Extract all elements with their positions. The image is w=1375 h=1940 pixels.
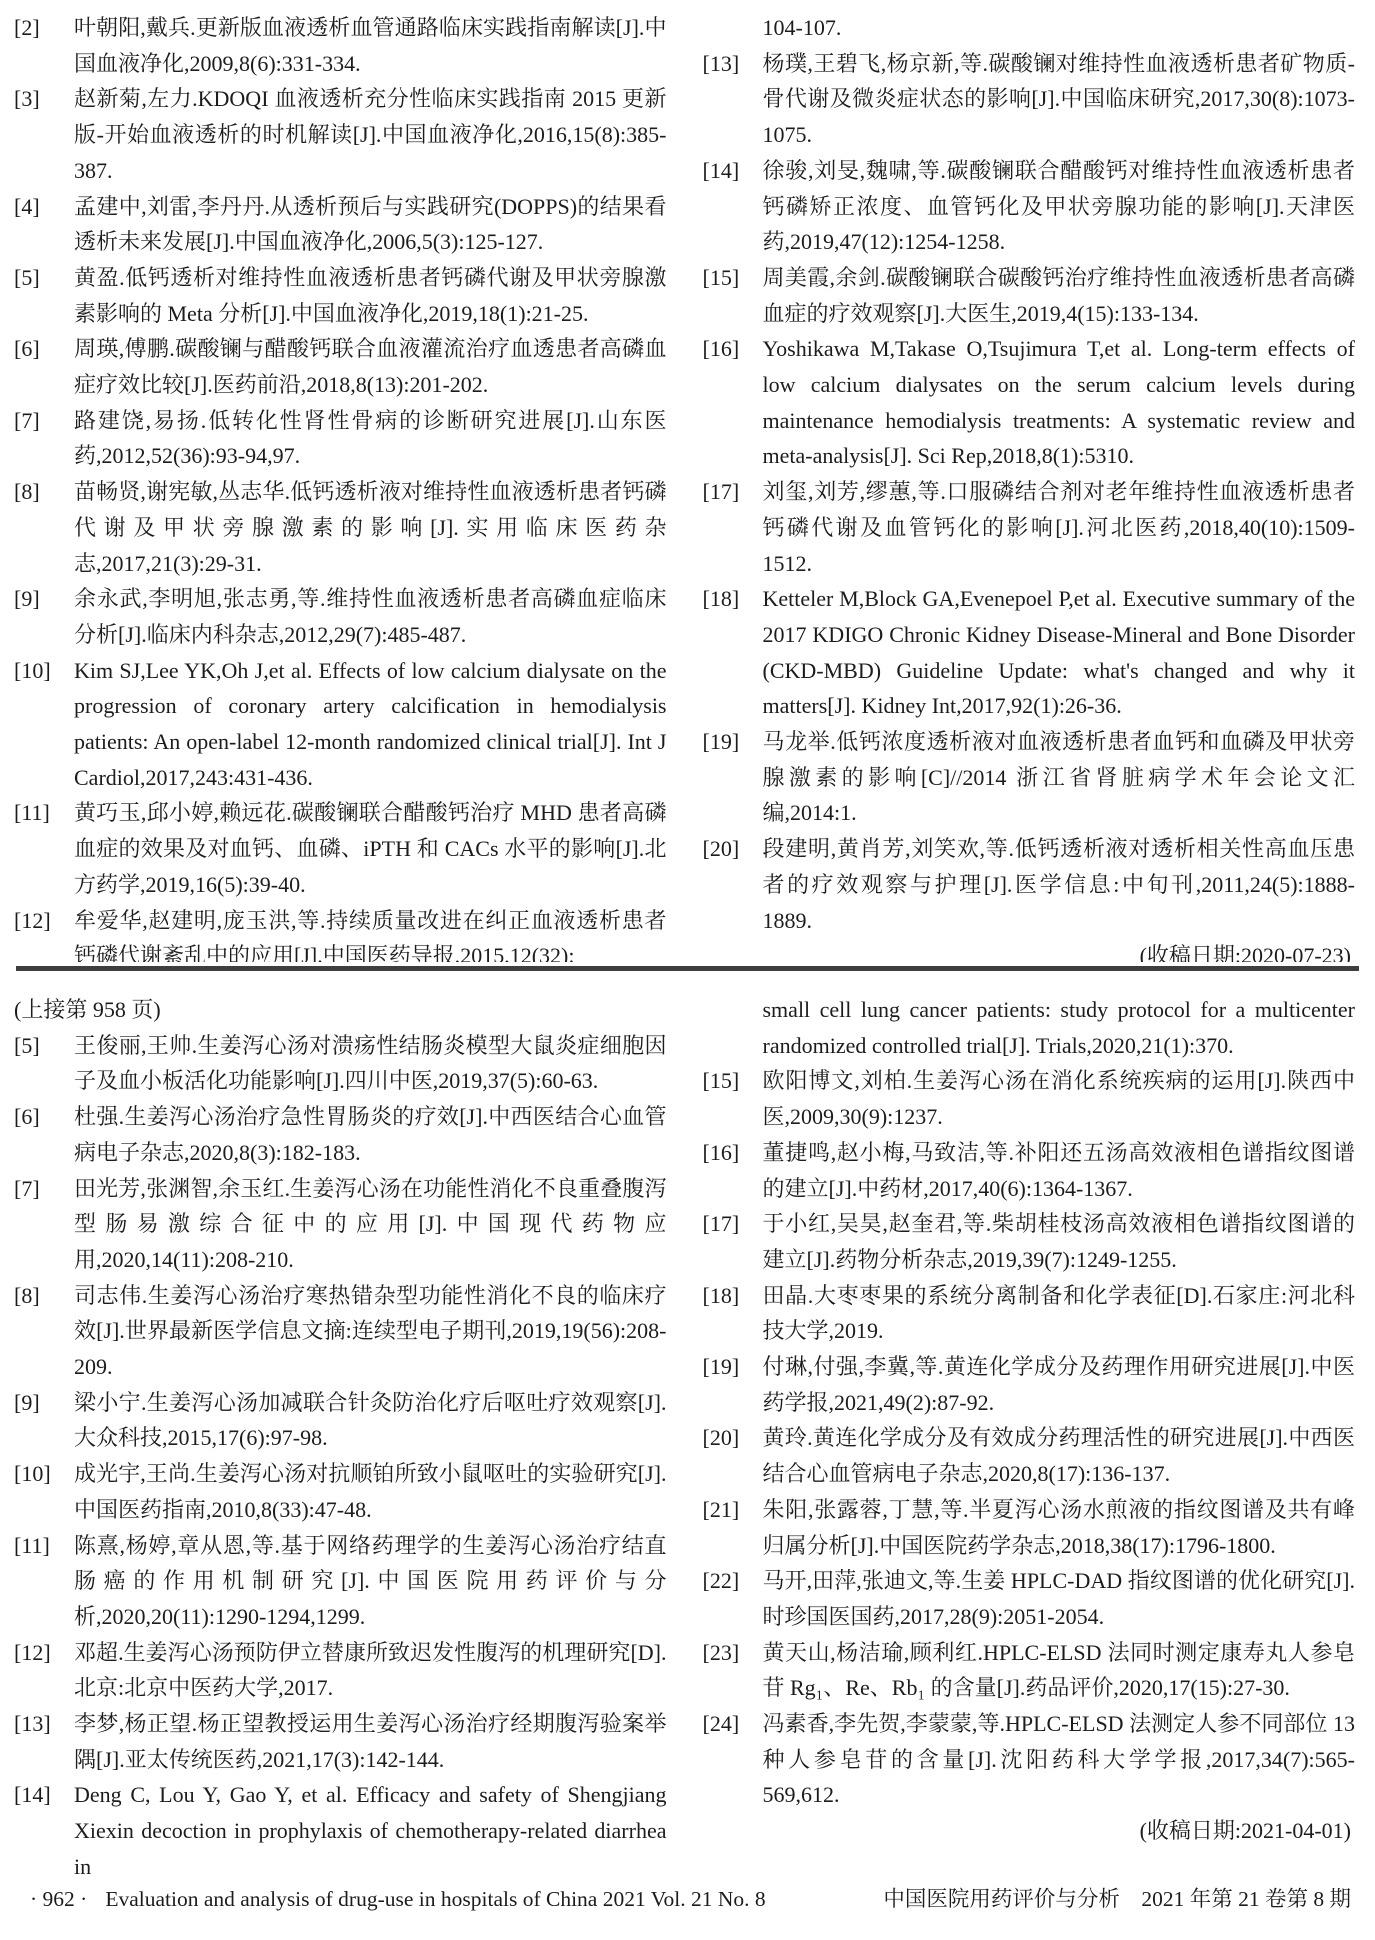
reference-item: [17] 刘玺,刘芳,缪蕙,等.口服磷结合剂对老年维持性血液透析患者钙磷代谢及血… xyxy=(703,474,1356,581)
reference-number: [22] xyxy=(703,1563,763,1634)
reference-number: [3] xyxy=(14,81,74,188)
reference-item: [19] 马龙举.低钙浓度透析液对血液透析患者血钙和血磷及甲状旁腺激素的影响[C… xyxy=(703,724,1356,831)
footer-journal-title-zh: 中国医院用药评价与分析 2021 年第 21 卷第 8 期 xyxy=(883,1884,1351,1914)
reference-text: 路建饶,易扬.低转化性肾性骨病的诊断研究进展[J].山东医药,2012,52(3… xyxy=(74,403,667,474)
reference-text: 牟爱华,赵建明,庞玉洪,等.持续质量改进在纠正血液透析患者钙磷代谢紊乱中的应用[… xyxy=(74,903,667,962)
reference-item: [5] 王俊丽,王帅.生姜泻心汤对溃疡性结肠炎模型大鼠炎症细胞因子及血小板活化功… xyxy=(14,1028,667,1099)
page-footer: · 962 · Evaluation and analysis of drug-… xyxy=(30,1884,1351,1914)
reference-item: [8] 司志伟.生姜泻心汤治疗寒热错杂型功能性消化不良的临床疗效[J].世界最新… xyxy=(14,1278,667,1385)
reference-text: 杨璞,王碧飞,杨京新,等.碳酸镧对维持性血液透析患者矿物质-骨代谢及微炎症状态的… xyxy=(763,46,1356,153)
reference-text: 苗畅贤,谢宪敏,丛志华.低钙透析液对维持性血液透析患者钙磷代谢及甲状旁腺激素的影… xyxy=(74,474,667,581)
bottom-left-column: (上接第 958 页) [5] 王俊丽,王帅.生姜泻心汤对溃疡性结肠炎模型大鼠炎… xyxy=(14,992,667,1878)
reference-list: [15] 欧阳博文,刘柏.生姜泻心汤在消化系统疾病的运用[J].陕西中医,200… xyxy=(703,1063,1356,1813)
top-left-column: [2] 叶朝阳,戴兵.更新版血液透析血管通路临床实践指南解读[J].中国血液净化… xyxy=(14,10,667,962)
reference-item: [10] 成光宇,王尚.生姜泻心汤对抗顺铂所致小鼠呕吐的实验研究[J].中国医药… xyxy=(14,1456,667,1527)
reference-text: 马龙举.低钙浓度透析液对血液透析患者血钙和血磷及甲状旁腺激素的影响[C]//20… xyxy=(763,724,1356,831)
reference-number: [20] xyxy=(703,831,763,938)
reference-text: 黄巧玉,邱小婷,赖远花.碳酸镧联合醋酸钙治疗 MHD 患者高磷血症的效果及对血钙… xyxy=(74,795,667,902)
reference-number: [24] xyxy=(703,1706,763,1813)
reference-item: [8] 苗畅贤,谢宪敏,丛志华.低钙透析液对维持性血液透析患者钙磷代谢及甲状旁腺… xyxy=(14,474,667,581)
reference-number: [5] xyxy=(14,260,74,331)
reference-item: [21] 朱阳,张露蓉,丁慧,等.半夏泻心汤水煎液的指纹图谱及共有峰归属分析[J… xyxy=(703,1492,1356,1563)
reference-text: 黄盈.低钙透析对维持性血液透析患者钙磷代谢及甲状旁腺激素影响的 Meta 分析[… xyxy=(74,260,667,331)
reference-text: 黄玲.黄连化学成分及有效成分药理活性的研究进展[J].中西医结合心血管病电子杂志… xyxy=(763,1420,1356,1491)
reference-item: [9] 梁小宁.生姜泻心汤加减联合针灸防治化疗后呕吐疗效观察[J].大众科技,2… xyxy=(14,1385,667,1456)
reference-item: [6] 杜强.生姜泻心汤治疗急性胃肠炎的疗效[J].中西医结合心血管病电子杂志,… xyxy=(14,1099,667,1170)
reference-item: [11] 黄巧玉,邱小婷,赖远花.碳酸镧联合醋酸钙治疗 MHD 患者高磷血症的效… xyxy=(14,795,667,902)
reference-text: 黄天山,杨洁瑜,顾利红.HPLC-ELSD 法同时测定康寿丸人参皂苷 Rg₁、R… xyxy=(763,1635,1356,1706)
reference-text: 徐骏,刘旻,魏啸,等.碳酸镧联合醋酸钙对维持性血液透析患者钙磷矫正浓度、血管钙化… xyxy=(763,153,1356,260)
reference-list: [2] 叶朝阳,戴兵.更新版血液透析血管通路临床实践指南解读[J].中国血液净化… xyxy=(14,10,667,962)
reference-item: [2] 叶朝阳,戴兵.更新版血液透析血管通路临床实践指南解读[J].中国血液净化… xyxy=(14,10,667,81)
reference-number: [9] xyxy=(14,1385,74,1456)
reference-item: [19] 付琳,付强,李冀,等.黄连化学成分及药理作用研究进展[J].中医药学报… xyxy=(703,1349,1356,1420)
reference-item: [15] 周美霞,余剑.碳酸镧联合碳酸钙治疗维持性血液透析患者高磷血症的疗效观察… xyxy=(703,260,1356,331)
reference-item: [20] 黄玲.黄连化学成分及有效成分药理活性的研究进展[J].中西医结合心血管… xyxy=(703,1420,1356,1491)
reference-number: [19] xyxy=(703,724,763,831)
reference-number: [21] xyxy=(703,1492,763,1563)
bottom-right-column: small cell lung cancer patients: study p… xyxy=(703,992,1356,1878)
reference-number: [10] xyxy=(14,1456,74,1527)
continuation-note: (上接第 958 页) xyxy=(14,992,667,1028)
references-section-top: [2] 叶朝阳,戴兵.更新版血液透析血管通路临床实践指南解读[J].中国血液净化… xyxy=(14,10,1355,962)
reference-text: 陈熹,杨婷,章从恩,等.基于网络药理学的生姜泻心汤治疗结直肠癌的作用机制研究[J… xyxy=(74,1528,667,1635)
footer-journal-title-en: Evaluation and analysis of drug-use in h… xyxy=(105,1884,765,1914)
reference-text: 刘玺,刘芳,缪蕙,等.口服磷结合剂对老年维持性血液透析患者钙磷代谢及血管钙化的影… xyxy=(763,474,1356,581)
reference-text: 马开,田萍,张迪文,等.生姜 HPLC-DAD 指纹图谱的优化研究[J].时珍国… xyxy=(763,1563,1356,1634)
reference-number: [7] xyxy=(14,1171,74,1278)
reference-item: [13] 杨璞,王碧飞,杨京新,等.碳酸镧对维持性血液透析患者矿物质-骨代谢及微… xyxy=(703,46,1356,153)
reference-text: 梁小宁.生姜泻心汤加减联合针灸防治化疗后呕吐疗效观察[J].大众科技,2015,… xyxy=(74,1385,667,1456)
reference-text: 于小红,吴昊,赵奎君,等.柴胡桂枝汤高效液相色谱指纹图谱的建立[J].药物分析杂… xyxy=(763,1206,1356,1277)
reference-text: 叶朝阳,戴兵.更新版血液透析血管通路临床实践指南解读[J].中国血液净化,200… xyxy=(74,10,667,81)
reference-item: [18] 田晶.大枣枣果的系统分离制备和化学表征[D].石家庄:河北科技大学,2… xyxy=(703,1278,1356,1349)
reference-number: [15] xyxy=(703,1063,763,1134)
carryover-text: small cell lung cancer patients: study p… xyxy=(763,992,1356,1063)
reference-item: [15] 欧阳博文,刘柏.生姜泻心汤在消化系统疾病的运用[J].陕西中医,200… xyxy=(703,1063,1356,1134)
reference-item: [24] 冯素香,李先贺,李蒙蒙,等.HPLC-ELSD 法测定人参不同部位 1… xyxy=(703,1706,1356,1813)
reference-text: 司志伟.生姜泻心汤治疗寒热错杂型功能性消化不良的临床疗效[J].世界最新医学信息… xyxy=(74,1278,667,1385)
reference-list: [5] 王俊丽,王帅.生姜泻心汤对溃疡性结肠炎模型大鼠炎症细胞因子及血小板活化功… xyxy=(14,1028,667,1878)
reference-number: [12] xyxy=(14,1635,74,1706)
reference-number: [11] xyxy=(14,1528,74,1635)
reference-number: [6] xyxy=(14,331,74,402)
reference-number: [10] xyxy=(14,653,74,796)
reference-text: 李梦,杨正望.杨正望教授运用生姜泻心汤治疗经期腹泻验案举隅[J].亚太传统医药,… xyxy=(74,1706,667,1777)
receipt-date: (收稿日期:2020-07-23) xyxy=(703,938,1356,962)
reference-item: [10] Kim SJ,Lee YK,Oh J,et al. Effects o… xyxy=(14,653,667,796)
top-right-column: 104-107. [13] 杨璞,王碧飞,杨京新,等.碳酸镧对维持性血液透析患者… xyxy=(703,10,1356,962)
reference-item: [9] 余永武,李明旭,张志勇,等.维持性血液透析患者高磷血症临床分析[J].临… xyxy=(14,581,667,652)
reference-list: [13] 杨璞,王碧飞,杨京新,等.碳酸镧对维持性血液透析患者矿物质-骨代谢及微… xyxy=(703,46,1356,939)
reference-text: Kim SJ,Lee YK,Oh J,et al. Effects of low… xyxy=(74,653,667,796)
reference-text: 周瑛,傅鹏.碳酸镧与醋酸钙联合血液灌流治疗血透患者高磷血症疗效比较[J].医药前… xyxy=(74,331,667,402)
reference-text: 赵新菊,左力.KDOQI 血液透析充分性临床实践指南 2015 更新版-开始血液… xyxy=(74,81,667,188)
reference-item: [22] 马开,田萍,张迪文,等.生姜 HPLC-DAD 指纹图谱的优化研究[J… xyxy=(703,1563,1356,1634)
reference-number: [19] xyxy=(703,1349,763,1420)
carryover-text: 104-107. xyxy=(763,10,1356,46)
reference-item: [23] 黄天山,杨洁瑜,顾利红.HPLC-ELSD 法同时测定康寿丸人参皂苷 … xyxy=(703,1635,1356,1706)
reference-item: [7] 田光芳,张渊智,余玉红.生姜泻心汤在功能性消化不良重叠腹泻型肠易激综合征… xyxy=(14,1171,667,1278)
reference-text: 欧阳博文,刘柏.生姜泻心汤在消化系统疾病的运用[J].陕西中医,2009,30(… xyxy=(763,1063,1356,1134)
reference-number: [5] xyxy=(14,1028,74,1099)
reference-item: [4] 孟建中,刘雷,李丹丹.从透析预后与实践研究(DOPPS)的结果看透析未来… xyxy=(14,189,667,260)
reference-item: [14] Deng C, Lou Y, Gao Y, et al. Effica… xyxy=(14,1777,667,1878)
reference-text: Yoshikawa M,Takase O,Tsujimura T,et al. … xyxy=(763,331,1356,474)
section-divider xyxy=(16,966,1359,971)
footer-left: · 962 · Evaluation and analysis of drug-… xyxy=(30,1884,766,1914)
reference-number: [16] xyxy=(703,331,763,474)
reference-text: 冯素香,李先贺,李蒙蒙,等.HPLC-ELSD 法测定人参不同部位 13 种人参… xyxy=(763,1706,1356,1813)
reference-number: [13] xyxy=(14,1706,74,1777)
reference-number: [12] xyxy=(14,903,74,962)
reference-text: 段建明,黄肖芳,刘笑欢,等.低钙透析液对透析相关性高血压患者的疗效观察与护理[J… xyxy=(763,831,1356,938)
reference-item: [13] 李梦,杨正望.杨正望教授运用生姜泻心汤治疗经期腹泻验案举隅[J].亚太… xyxy=(14,1706,667,1777)
reference-text: Ketteler M,Block GA,Evenepoel P,et al. E… xyxy=(763,581,1356,724)
reference-number: [14] xyxy=(14,1777,74,1878)
reference-item: [12] 邓超.生姜泻心汤预防伊立替康所致迟发性腹泻的机理研究[D].北京:北京… xyxy=(14,1635,667,1706)
reference-number: [8] xyxy=(14,474,74,581)
reference-number: [23] xyxy=(703,1635,763,1706)
reference-number: [18] xyxy=(703,581,763,724)
reference-number: [8] xyxy=(14,1278,74,1385)
page-number: · 962 · xyxy=(30,1884,87,1914)
reference-item: [14] 徐骏,刘旻,魏啸,等.碳酸镧联合醋酸钙对维持性血液透析患者钙磷矫正浓度… xyxy=(703,153,1356,260)
reference-number: [17] xyxy=(703,474,763,581)
reference-text: 付琳,付强,李冀,等.黄连化学成分及药理作用研究进展[J].中医药学报,2021… xyxy=(763,1349,1356,1420)
reference-text: 董捷鸣,赵小梅,马致洁,等.补阳还五汤高效液相色谱指纹图谱的建立[J].中药材,… xyxy=(763,1135,1356,1206)
reference-text: 田晶.大枣枣果的系统分离制备和化学表征[D].石家庄:河北科技大学,2019. xyxy=(763,1278,1356,1349)
reference-text: 田光芳,张渊智,余玉红.生姜泻心汤在功能性消化不良重叠腹泻型肠易激综合征中的应用… xyxy=(74,1171,667,1278)
journal-references-page: [2] 叶朝阳,戴兵.更新版血液透析血管通路临床实践指南解读[J].中国血液净化… xyxy=(0,0,1375,1940)
reference-number: [11] xyxy=(14,795,74,902)
reference-item: [16] 董捷鸣,赵小梅,马致洁,等.补阳还五汤高效液相色谱指纹图谱的建立[J]… xyxy=(703,1135,1356,1206)
reference-item: [20] 段建明,黄肖芳,刘笑欢,等.低钙透析液对透析相关性高血压患者的疗效观察… xyxy=(703,831,1356,938)
reference-item: [18] Ketteler M,Block GA,Evenepoel P,et … xyxy=(703,581,1356,724)
reference-text: 周美霞,余剑.碳酸镧联合碳酸钙治疗维持性血液透析患者高磷血症的疗效观察[J].大… xyxy=(763,260,1356,331)
reference-text: 王俊丽,王帅.生姜泻心汤对溃疡性结肠炎模型大鼠炎症细胞因子及血小板活化功能影响[… xyxy=(74,1028,667,1099)
reference-number: [14] xyxy=(703,153,763,260)
reference-number: [13] xyxy=(703,46,763,153)
reference-item: [12] 牟爱华,赵建明,庞玉洪,等.持续质量改进在纠正血液透析患者钙磷代谢紊乱… xyxy=(14,903,667,962)
reference-text: 邓超.生姜泻心汤预防伊立替康所致迟发性腹泻的机理研究[D].北京:北京中医药大学… xyxy=(74,1635,667,1706)
reference-number: [7] xyxy=(14,403,74,474)
reference-text: 余永武,李明旭,张志勇,等.维持性血液透析患者高磷血症临床分析[J].临床内科杂… xyxy=(74,581,667,652)
reference-text: 孟建中,刘雷,李丹丹.从透析预后与实践研究(DOPPS)的结果看透析未来发展[J… xyxy=(74,189,667,260)
reference-number: [9] xyxy=(14,581,74,652)
reference-item: [6] 周瑛,傅鹏.碳酸镧与醋酸钙联合血液灌流治疗血透患者高磷血症疗效比较[J]… xyxy=(14,331,667,402)
reference-number: [20] xyxy=(703,1420,763,1491)
reference-item: [7] 路建饶,易扬.低转化性肾性骨病的诊断研究进展[J].山东医药,2012,… xyxy=(14,403,667,474)
reference-number: [18] xyxy=(703,1278,763,1349)
reference-item: [3] 赵新菊,左力.KDOQI 血液透析充分性临床实践指南 2015 更新版-… xyxy=(14,81,667,188)
reference-number: [17] xyxy=(703,1206,763,1277)
reference-item: [11] 陈熹,杨婷,章从恩,等.基于网络药理学的生姜泻心汤治疗结直肠癌的作用机… xyxy=(14,1528,667,1635)
references-section-bottom: (上接第 958 页) [5] 王俊丽,王帅.生姜泻心汤对溃疡性结肠炎模型大鼠炎… xyxy=(14,992,1355,1878)
receipt-date: (收稿日期:2021-04-01) xyxy=(703,1813,1356,1849)
reference-number: [2] xyxy=(14,10,74,81)
reference-text: 杜强.生姜泻心汤治疗急性胃肠炎的疗效[J].中西医结合心血管病电子杂志,2020… xyxy=(74,1099,667,1170)
reference-number: [15] xyxy=(703,260,763,331)
reference-number: [16] xyxy=(703,1135,763,1206)
reference-item: [5] 黄盈.低钙透析对维持性血液透析患者钙磷代谢及甲状旁腺激素影响的 Meta… xyxy=(14,260,667,331)
reference-item: [17] 于小红,吴昊,赵奎君,等.柴胡桂枝汤高效液相色谱指纹图谱的建立[J].… xyxy=(703,1206,1356,1277)
reference-item: [16] Yoshikawa M,Takase O,Tsujimura T,et… xyxy=(703,331,1356,474)
reference-text: Deng C, Lou Y, Gao Y, et al. Efficacy an… xyxy=(74,1777,667,1878)
reference-number: [4] xyxy=(14,189,74,260)
reference-text: 朱阳,张露蓉,丁慧,等.半夏泻心汤水煎液的指纹图谱及共有峰归属分析[J].中国医… xyxy=(763,1492,1356,1563)
reference-text: 成光宇,王尚.生姜泻心汤对抗顺铂所致小鼠呕吐的实验研究[J].中国医药指南,20… xyxy=(74,1456,667,1527)
reference-number: [6] xyxy=(14,1099,74,1170)
